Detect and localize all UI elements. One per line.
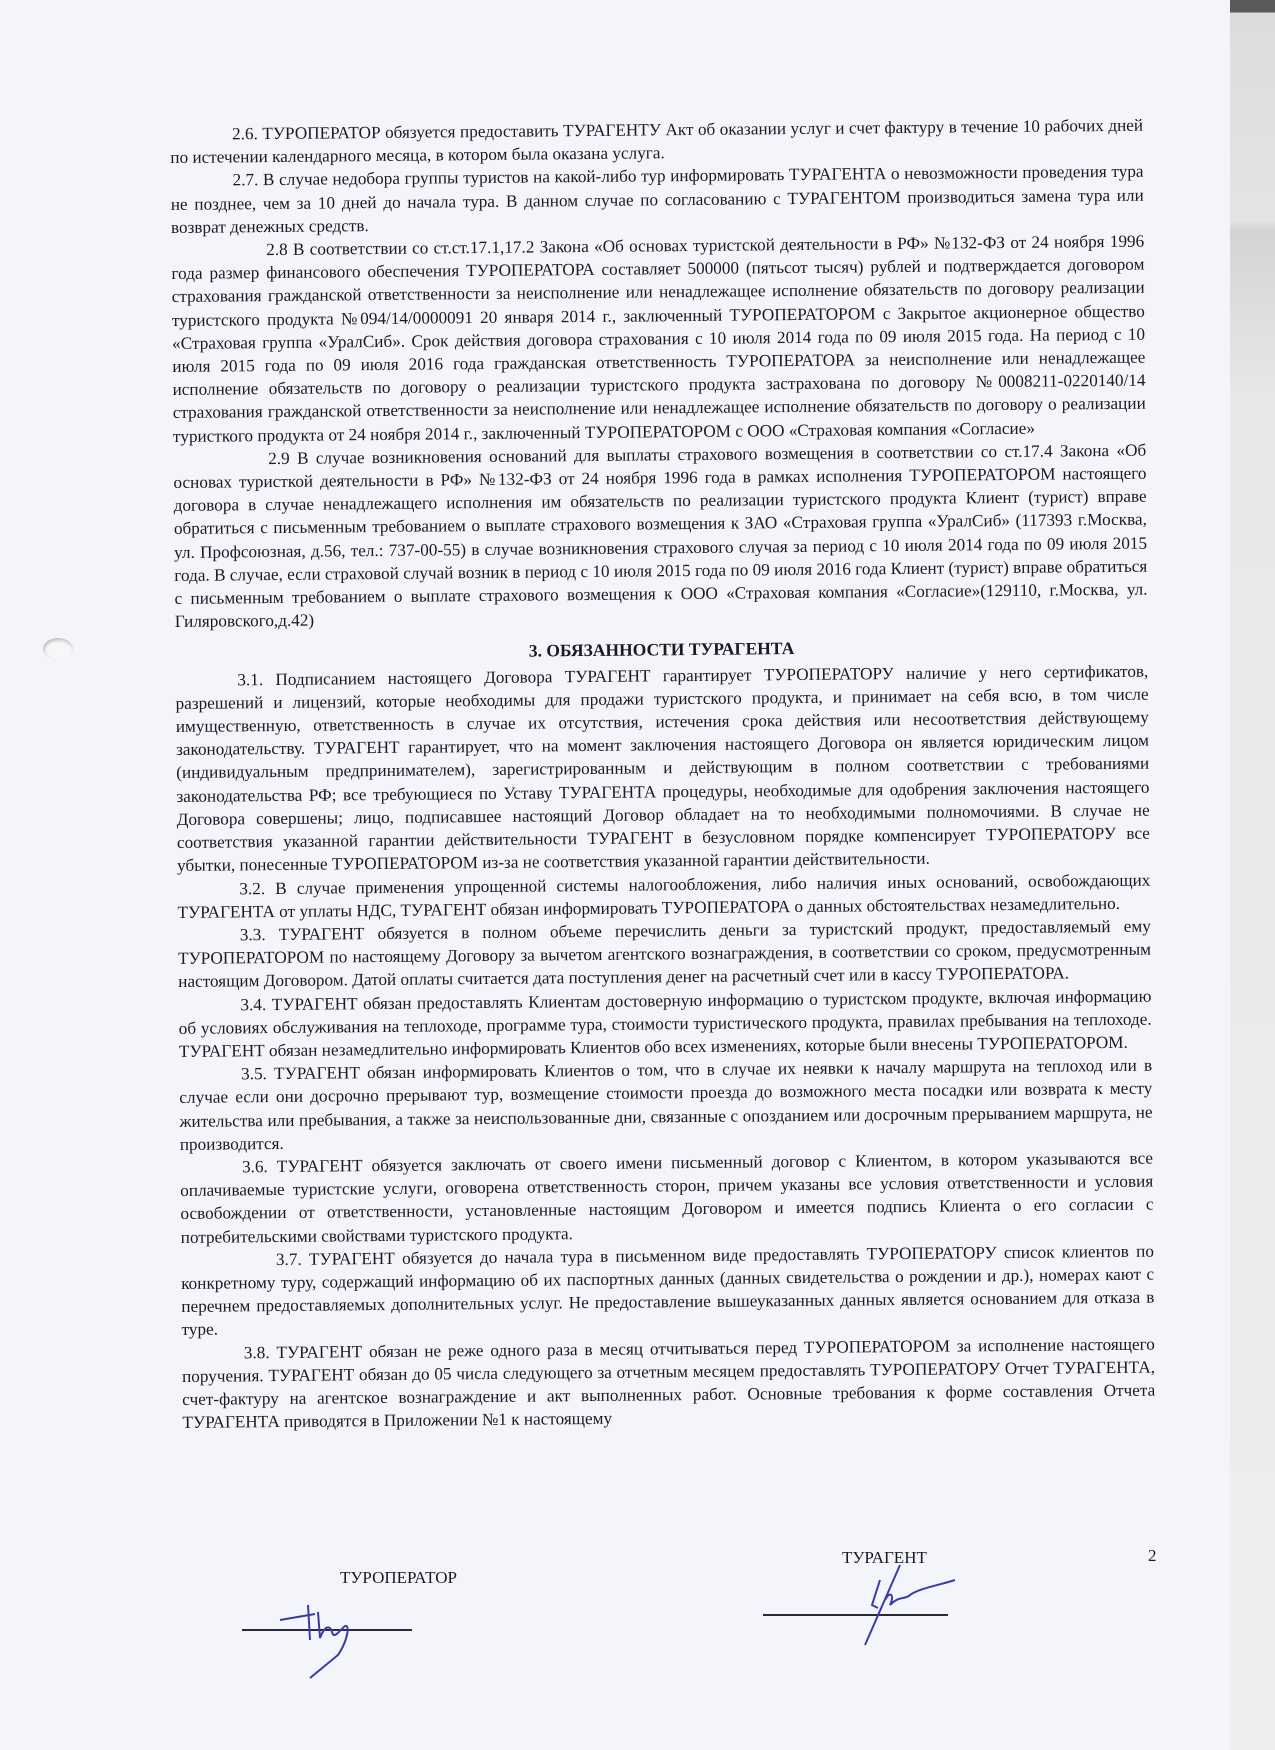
contract-body: 2.6. ТУРОПЕРАТОР обязуется предоставить … — [170, 114, 1156, 1435]
signature-label-touroperator: ТУРОПЕРАТОР — [340, 1568, 457, 1588]
punch-hole — [43, 638, 73, 660]
scanner-edge — [1230, 0, 1275, 1750]
clause-3-8: 3.8. ТУРАГЕНТ обязан не реже одного раза… — [182, 1332, 1156, 1434]
clause-2-7: 2.7. В случае недобора группы туристов н… — [170, 160, 1144, 239]
signature-touragent-icon — [860, 1560, 970, 1650]
clause-3-3: 3.3. ТУРАГЕНТ обязуется в полном объеме … — [178, 915, 1152, 994]
scanned-page: 2.6. ТУРОПЕРАТОР обязуется предоставить … — [0, 0, 1231, 1750]
clause-2-9: 2.9 В случае возникновения оснований для… — [173, 438, 1148, 633]
clause-2-8: 2.8 В соответствии со ст.ст.17.1,17.2 За… — [171, 230, 1146, 448]
clause-3-7: 3.7. ТУРАГЕНТ обязуется до начала тура в… — [181, 1239, 1155, 1341]
clause-3-6: 3.6. ТУРАГЕНТ обязуется заключать от сво… — [180, 1147, 1154, 1249]
signature-touroperator-icon — [270, 1600, 400, 1680]
clause-3-4: 3.4. ТУРАГЕНТ обязан предоставлять Клиен… — [178, 984, 1152, 1063]
clause-3-1: 3.1. Подписанием настоящего Договора ТУР… — [175, 659, 1150, 877]
page-number: 2 — [1148, 1546, 1157, 1566]
clause-3-5: 3.5. ТУРАГЕНТ обязан информировать Клиен… — [179, 1054, 1153, 1156]
